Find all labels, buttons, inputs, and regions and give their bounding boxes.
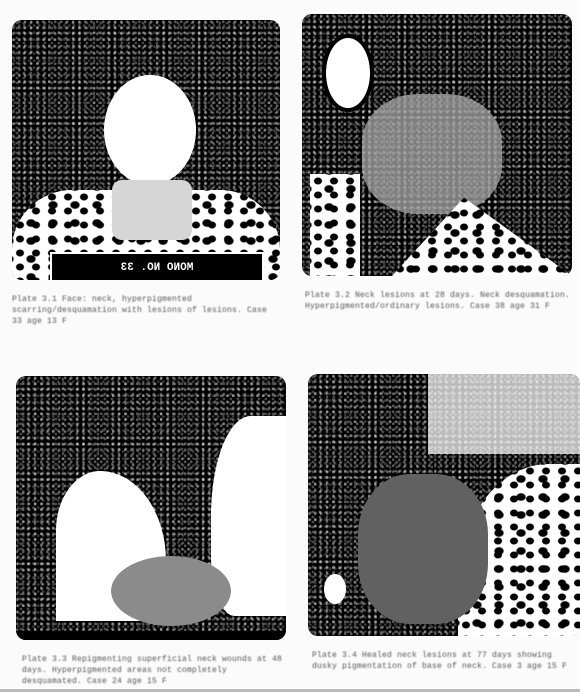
neck-area <box>112 180 192 240</box>
plate-3-2-photo <box>302 14 572 276</box>
neck-lesion-area <box>362 94 502 214</box>
plate-3-3-photo <box>16 376 286 640</box>
background-light <box>428 374 580 454</box>
plate-3-1-caption: Plate 3.1 Face: neck, hyperpigmented sca… <box>12 294 282 327</box>
patterned-sleeve <box>310 174 360 276</box>
plate-3-4-caption: Plate 3.4 Healed neck lesions at 77 days… <box>312 650 580 672</box>
earring <box>324 574 346 604</box>
obscured-face <box>104 75 196 185</box>
plate-3-3-caption: Plate 3.3 Repigmenting superficial neck … <box>22 654 287 687</box>
neck-lesion <box>111 556 231 626</box>
ear <box>322 34 374 112</box>
bottom-edge-bar <box>16 631 286 640</box>
plate-3-4-photo <box>308 374 580 636</box>
plate-3-2-caption: Plate 3.2 Neck lesions at 28 days. Neck … <box>305 290 575 312</box>
plate-3-1-photo: MONO NO. 33 <box>12 20 280 280</box>
patient-label-plate: MONO NO. 33 <box>50 252 264 280</box>
neck-area <box>358 474 488 624</box>
